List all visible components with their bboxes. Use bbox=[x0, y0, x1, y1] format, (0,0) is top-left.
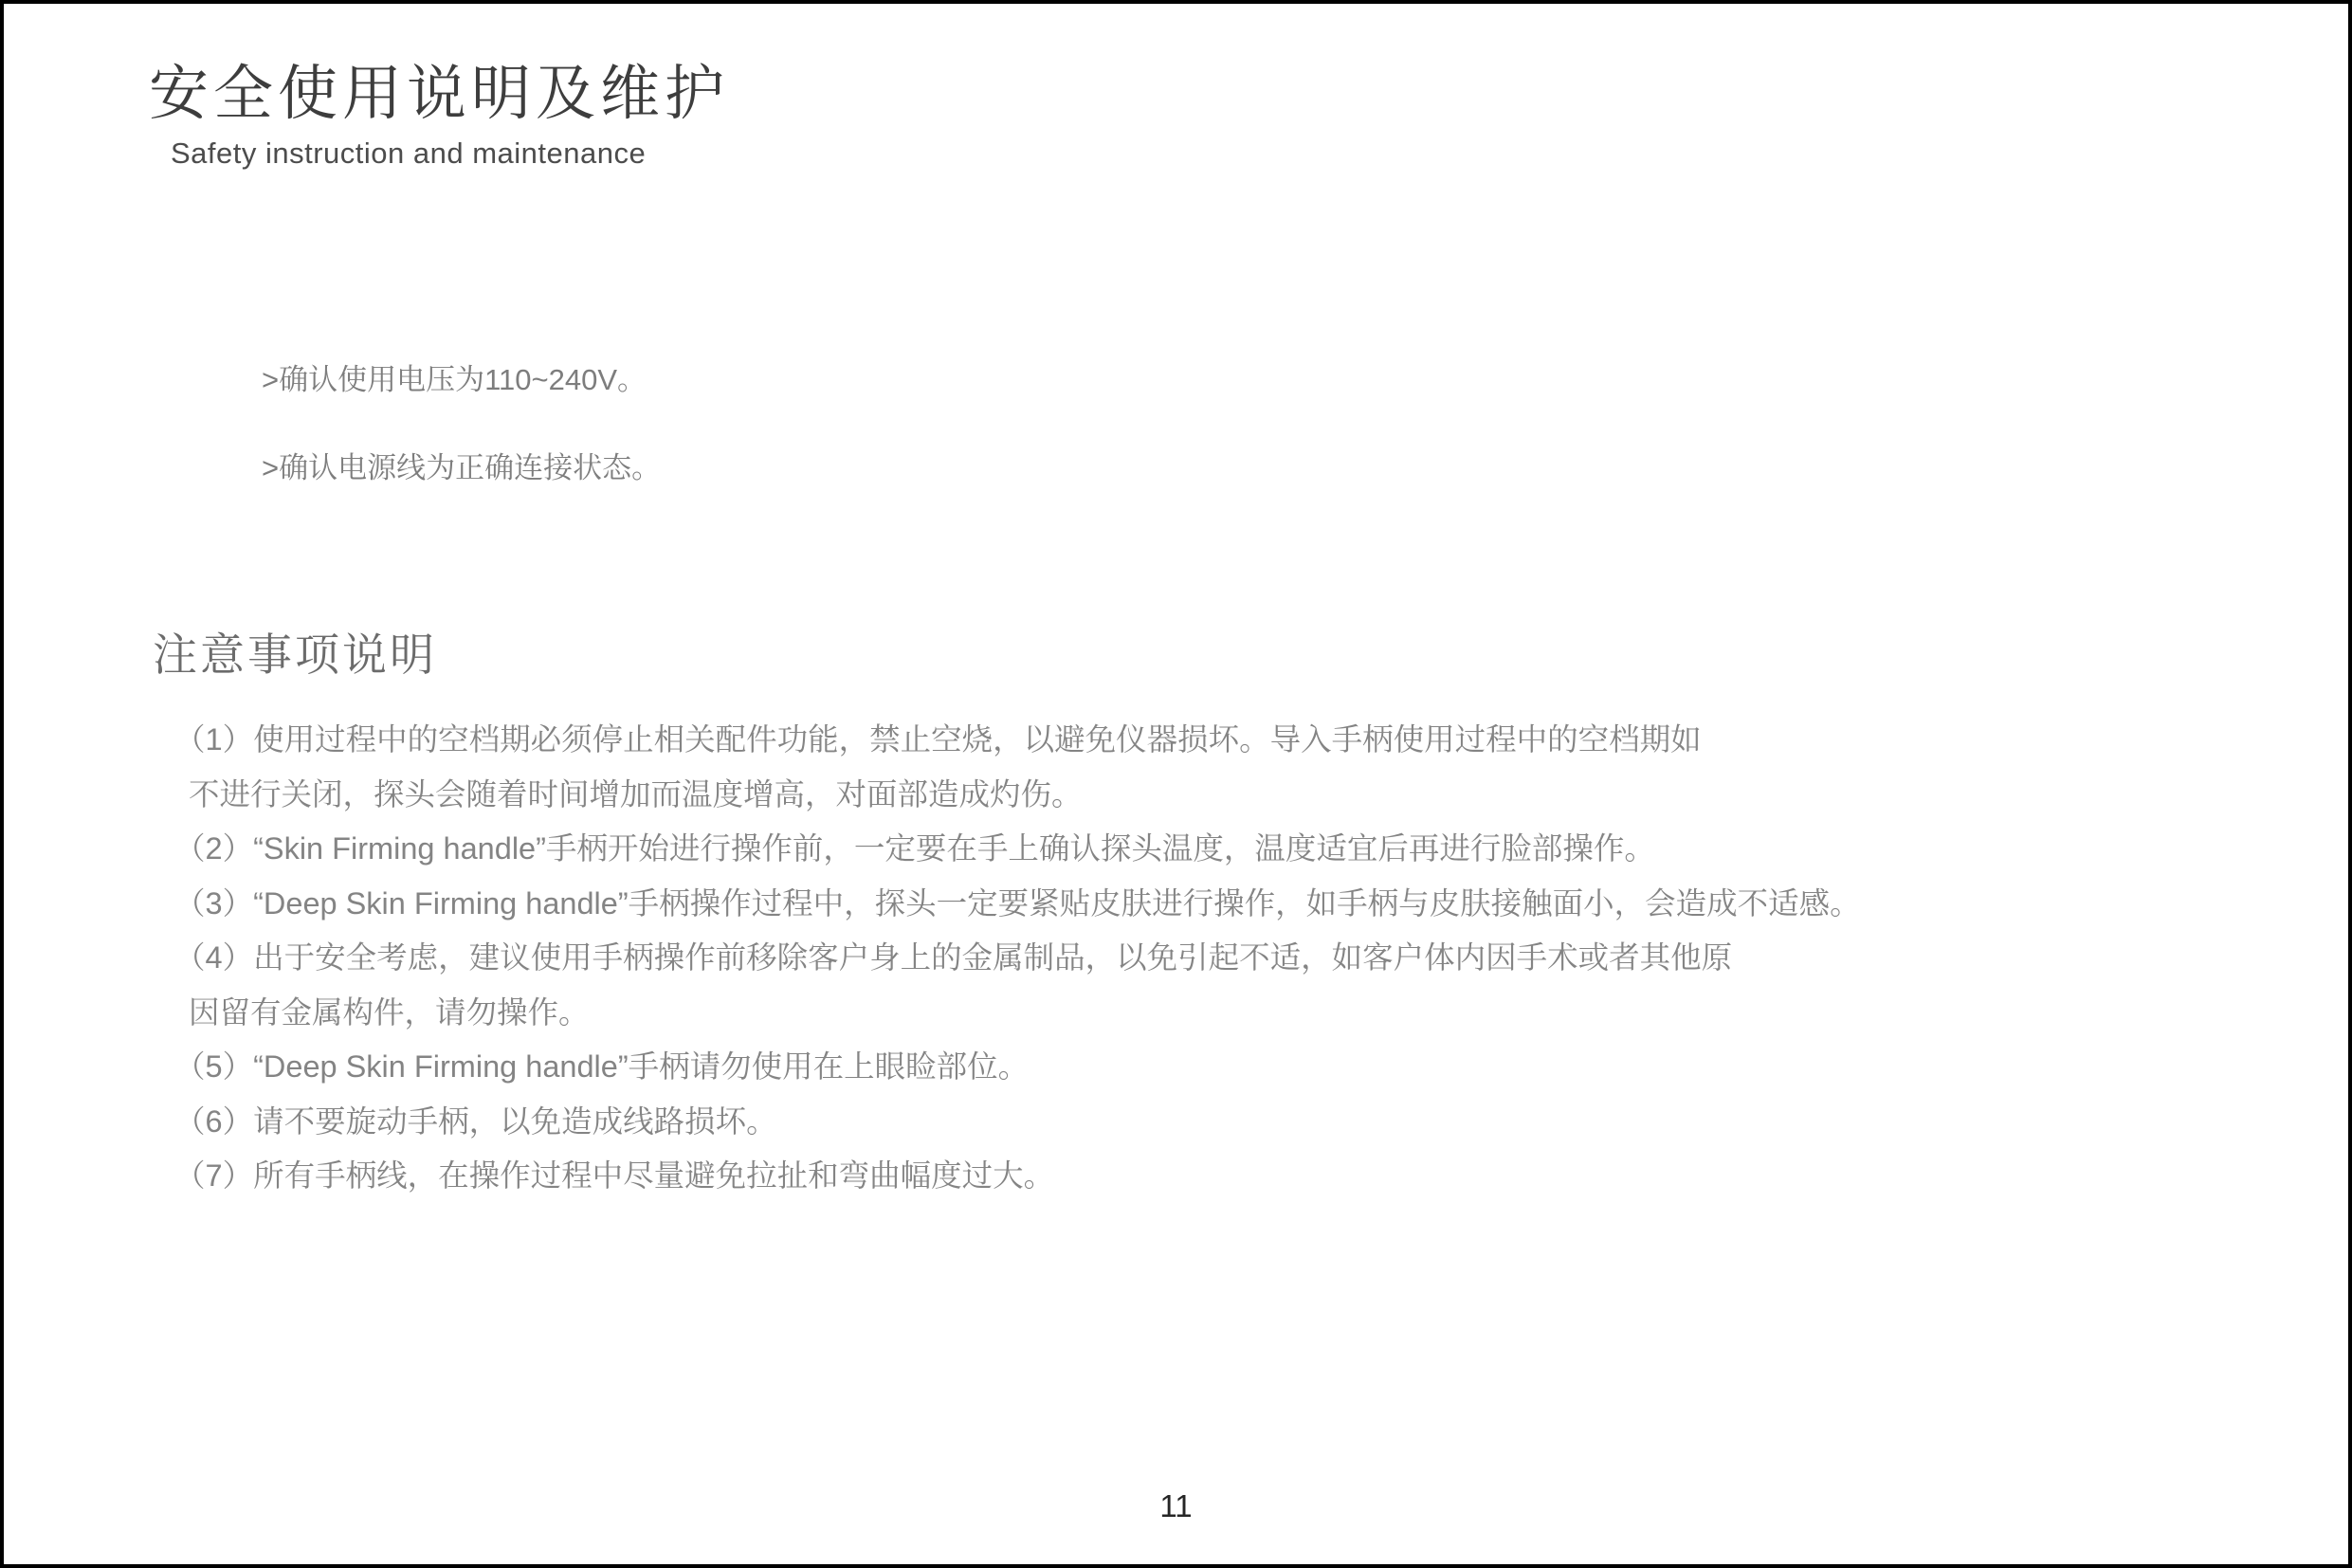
note-line: （7）所有手柄线，在操作过程中尽量避免拉扯和弯曲幅度过大。 bbox=[174, 1149, 2222, 1204]
note-line: （3）“Deep Skin Firming handle”手柄操作过程中，探头一… bbox=[174, 877, 2222, 932]
check-item-power-cord: >确认电源线为正确连接状态。 bbox=[262, 452, 661, 484]
note-line: （6）请不要旋动手柄，以免造成线路损坏。 bbox=[174, 1095, 2222, 1150]
note-line-continuation: 因留有金属构件，请勿操作。 bbox=[174, 986, 2222, 1041]
check-item-voltage: >确认使用电压为110~240V。 bbox=[262, 364, 661, 396]
notes-list: （1）使用过程中的空档期必须停止相关配件功能，禁止空烧，以避免仪器损坏。导入手柄… bbox=[174, 713, 2222, 1204]
note-line-continuation: 不进行关闭，探头会随着时间增加而温度增高，对面部造成灼伤。 bbox=[174, 768, 2222, 823]
pre-use-checks: >确认使用电压为110~240V。 >确认电源线为正确连接状态。 bbox=[262, 364, 661, 484]
page-title: 安全使用说明及维护 bbox=[149, 46, 729, 132]
note-line: （5）“Deep Skin Firming handle”手柄请勿使用在上眼睑部… bbox=[174, 1040, 2222, 1095]
page-number: 11 bbox=[4, 1488, 2348, 1524]
note-line: （1）使用过程中的空档期必须停止相关配件功能，禁止空烧，以避免仪器损坏。导入手柄… bbox=[174, 713, 2222, 768]
note-line: （4）出于安全考虑，建议使用手柄操作前移除客户身上的金属制品，以免引起不适，如客… bbox=[174, 931, 2222, 986]
note-line: （2）“Skin Firming handle”手柄开始进行操作前，一定要在手上… bbox=[174, 822, 2222, 877]
page-subtitle: Safety instruction and maintenance bbox=[171, 137, 646, 171]
manual-page: 安全使用说明及维护 Safety instruction and mainten… bbox=[0, 0, 2352, 1568]
notes-heading: 注意事项说明 bbox=[153, 620, 437, 684]
